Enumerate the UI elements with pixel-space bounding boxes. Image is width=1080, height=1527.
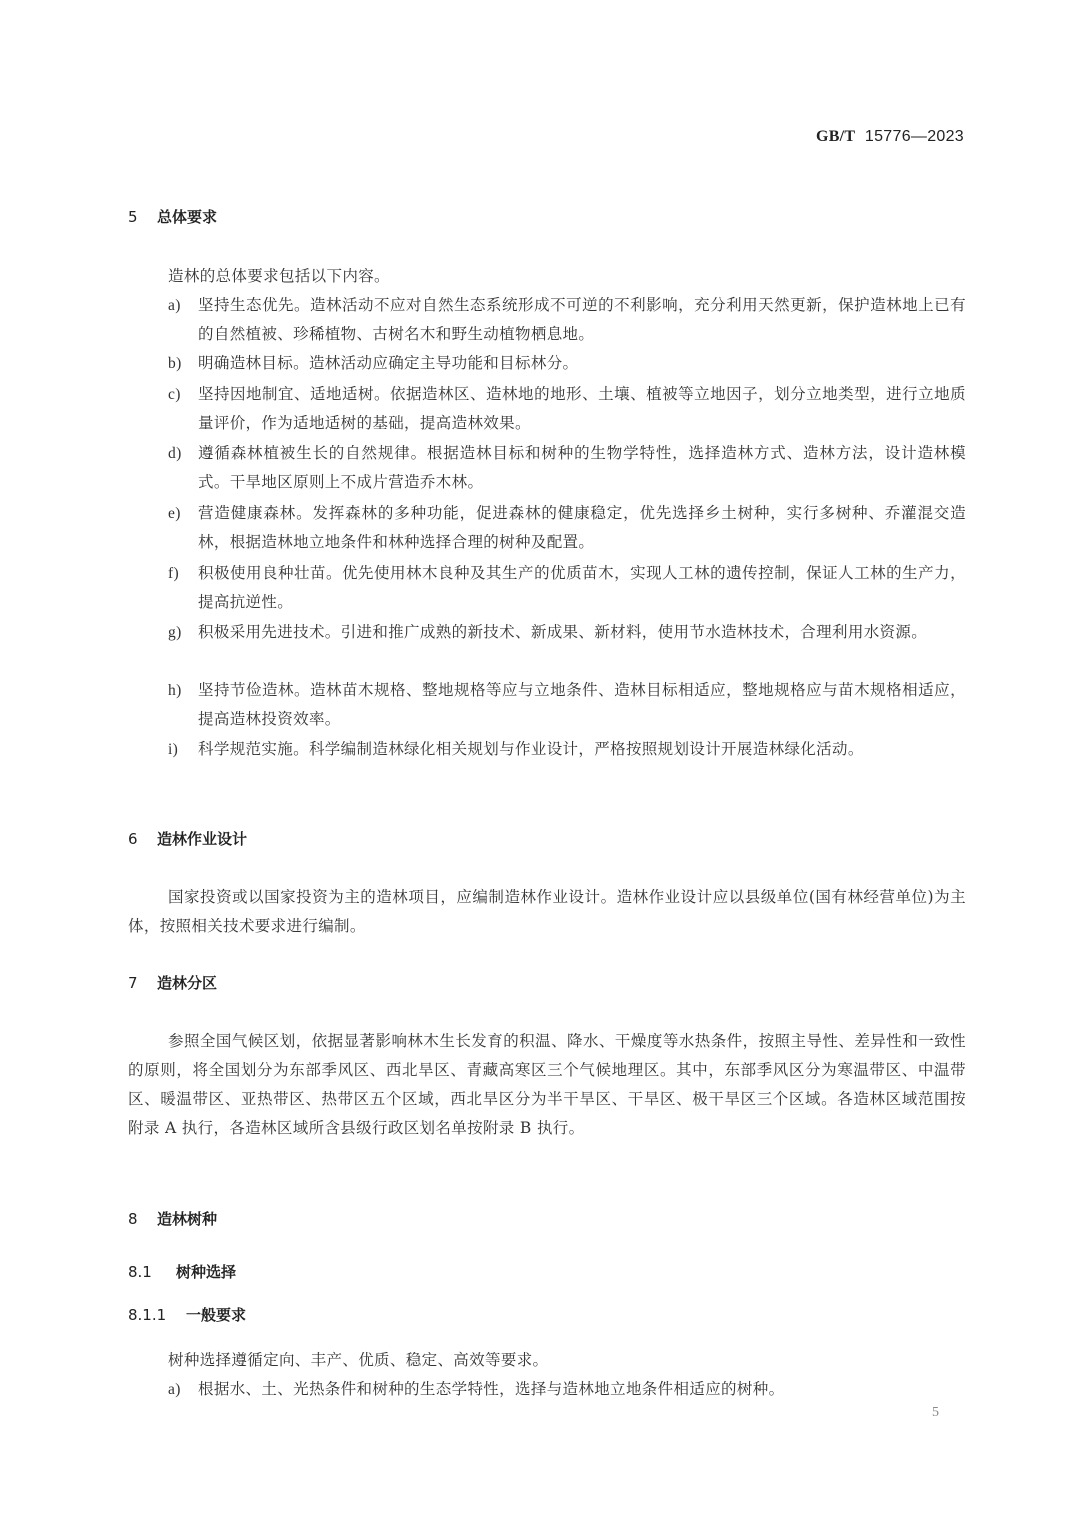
list-item: c) 坚持因地制宜、适地适树。依据造林区、造林地的地形、土壤、植被等立地因子，划…: [168, 380, 966, 438]
section-8-1-heading: 8.1树种选择: [128, 1261, 236, 1282]
section-5-intro: 造林的总体要求包括以下内容。: [128, 262, 966, 291]
section-6-body: 国家投资或以国家投资为主的造林项目，应编制造林作业设计。造林作业设计应以县级单位…: [128, 883, 966, 941]
section-5-heading: 5总体要求: [128, 206, 217, 227]
list-item: d) 遵循森林植被生长的自然规律。根据造林目标和树种的生物学特性，选择造林方式、…: [168, 439, 966, 497]
standard-code: 15776—2023: [865, 128, 964, 145]
list-item: b) 明确造林目标。造林活动应确定主导功能和目标林分。: [168, 349, 966, 378]
standard-number: GB/T 15776—2023: [816, 128, 964, 146]
section-8-heading: 8造林树种: [128, 1208, 217, 1229]
section-7-heading: 7造林分区: [128, 972, 217, 993]
list-item: a) 根据水、土、光热条件和树种的生态学特性，选择与造林地立地条件相适应的树种。: [168, 1375, 966, 1404]
standard-prefix: GB/T: [816, 128, 855, 145]
page-number: 5: [932, 1405, 939, 1421]
list-item: e) 营造健康森林。发挥森林的多种功能，促进森林的健康稳定，优先选择乡土树种，实…: [168, 499, 966, 557]
section-7-body: 参照全国气候区划，依据显著影响林木生长发育的积温、降水、干燥度等水热条件，按照主…: [128, 1027, 966, 1143]
section-6-heading: 6造林作业设计: [128, 828, 247, 849]
list-item: f) 积极使用良种壮苗。优先使用林木良种及其生产的优质苗木，实现人工林的遗传控制…: [168, 559, 966, 617]
list-item: h) 坚持节俭造林。造林苗木规格、整地规格等应与立地条件、造林目标相适应，整地规…: [168, 676, 966, 734]
list-item: i) 科学规范实施。科学编制造林绿化相关规划与作业设计，严格按照规划设计开展造林…: [168, 735, 966, 764]
section-8-1-1-intro: 树种选择遵循定向、丰产、优质、稳定、高效等要求。: [128, 1346, 966, 1375]
section-8-1-1-heading: 8.1.1一般要求: [128, 1304, 246, 1325]
list-item: a) 坚持生态优先。造林活动不应对自然生态系统形成不可逆的不利影响，充分利用天然…: [168, 291, 966, 349]
list-item: g) 积极采用先进技术。引进和推广成熟的新技术、新成果、新材料，使用节水造林技术…: [168, 618, 966, 647]
